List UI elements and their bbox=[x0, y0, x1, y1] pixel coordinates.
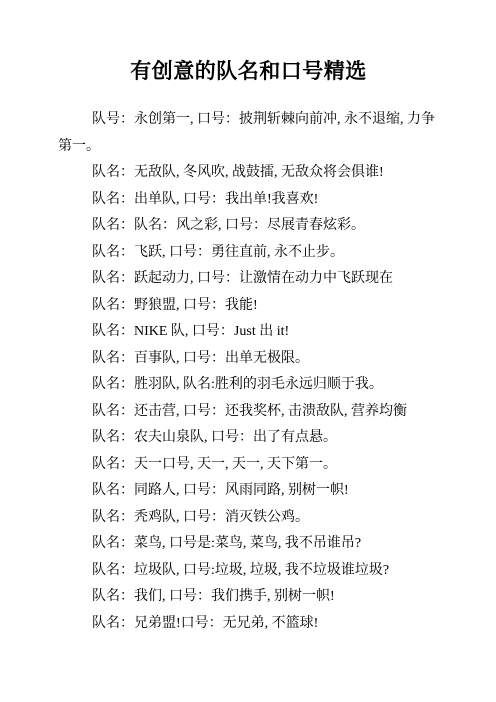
paragraph: 队名：百事队, 口号：出单无极限。 bbox=[58, 346, 439, 373]
paragraph: 队名：我们, 口号：我们携手, 别树一帜! bbox=[58, 584, 439, 611]
paragraph: 队名：野狼盟, 口号：我能! bbox=[58, 293, 439, 320]
paragraph: 队名：菜鸟, 口号是:菜鸟, 菜鸟, 我不吊谁吊? bbox=[58, 531, 439, 558]
paragraph: 队名：NIKE 队, 口号：Just 出 it! bbox=[58, 319, 439, 346]
paragraph: 队名：胜羽队, 队名:胜利的羽毛永远归顺于我。 bbox=[58, 372, 439, 399]
paragraph: 队名：还击营, 口号：还我奖杯, 击溃敌队, 营养均衡 bbox=[58, 399, 439, 426]
document-title: 有创意的队名和口号精选 bbox=[58, 49, 439, 93]
paragraph: 队名：农夫山泉队, 口号：出了有点悬。 bbox=[58, 425, 439, 452]
paragraph: 队名：秃鸡队, 口号：消灭铁公鸡。 bbox=[58, 505, 439, 532]
paragraph: 队名：出单队, 口号：我出单!我喜欢! bbox=[58, 187, 439, 214]
paragraph: 队名：跃起动力, 口号：让激情在动力中飞跃现在 bbox=[58, 266, 439, 293]
paragraph: 队名：无敌队, 冬风吹, 战鼓擂, 无敌众将会俱谁! bbox=[58, 160, 439, 187]
document-body: 队号：永创第一, 口号：披荆斩棘向前冲, 永不退缩, 力争第一。 队名：无敌队,… bbox=[58, 107, 439, 637]
document-page: 有创意的队名和口号精选 队号：永创第一, 口号：披荆斩棘向前冲, 永不退缩, 力… bbox=[0, 0, 496, 702]
paragraph: 队名：飞跃, 口号：勇往直前, 永不止步。 bbox=[58, 240, 439, 267]
paragraph: 队名：垃圾队, 口号:垃圾, 垃圾, 我不垃圾谁垃圾? bbox=[58, 558, 439, 585]
paragraph: 队名：兄弟盟!口号：无兄弟, 不篮球! bbox=[58, 611, 439, 638]
paragraph-intro: 队号：永创第一, 口号：披荆斩棘向前冲, 永不退缩, 力争第一。 bbox=[58, 107, 439, 160]
paragraph: 队名：同路人, 口号：风雨同路, 别树一帜! bbox=[58, 478, 439, 505]
paragraph: 队名：队名：风之彩, 口号：尽展青春炫彩。 bbox=[58, 213, 439, 240]
paragraph: 队名：天一口号, 天一, 天一, 天下第一。 bbox=[58, 452, 439, 479]
